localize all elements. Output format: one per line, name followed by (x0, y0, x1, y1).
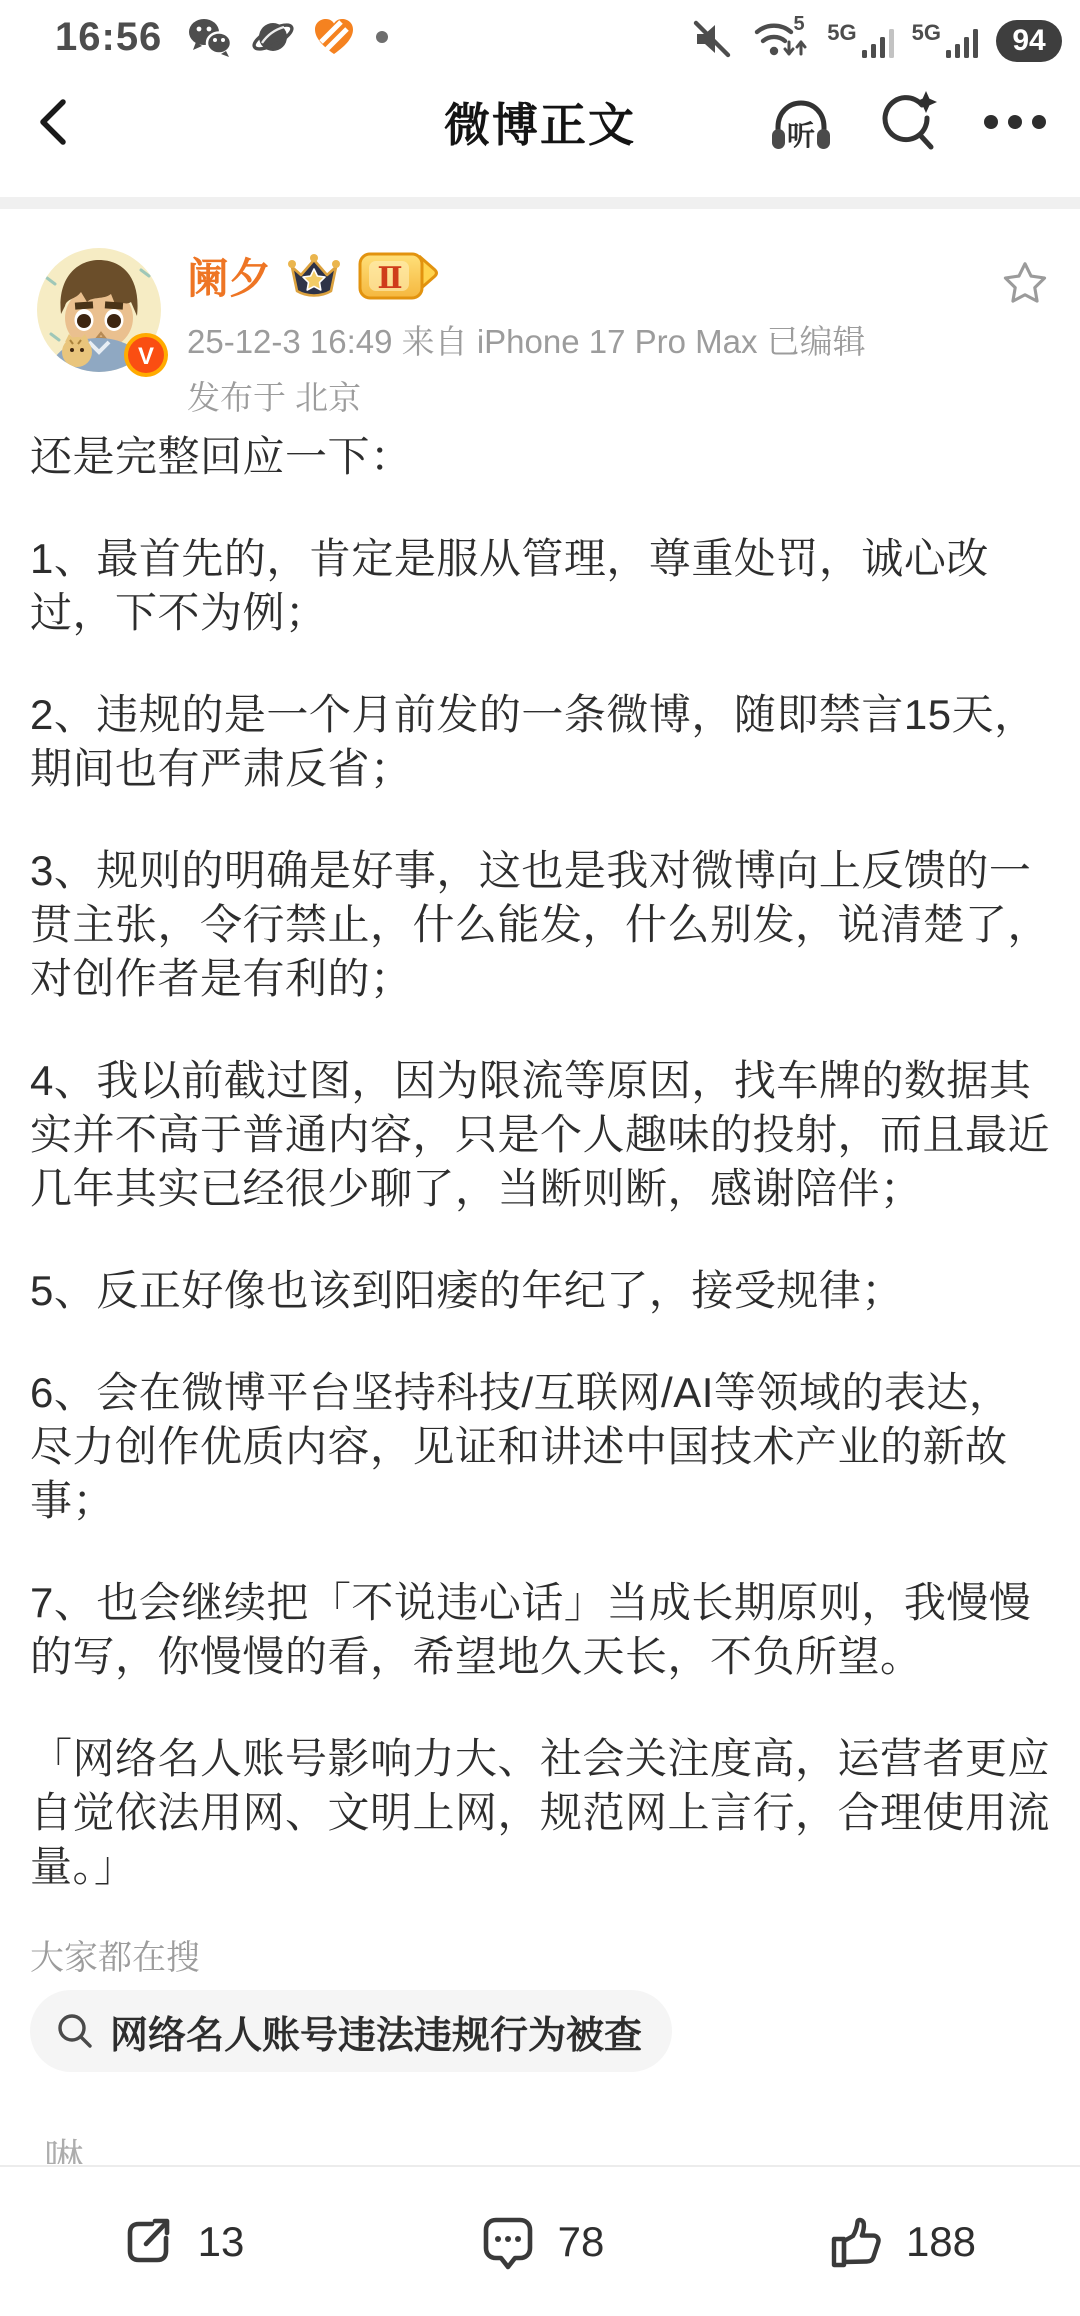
svg-text:5: 5 (794, 13, 805, 35)
status-bar: 16:56 (0, 0, 1080, 64)
trending-search-pill[interactable]: 网络名人账号违法违规行为被查 (30, 1990, 672, 2072)
post-paragraph: 「网络名人账号影响力大、社会关注度高，运营者更应自觉依法用网、文明上网，规范网上… (30, 1732, 1052, 1894)
post-header: V 阑夕 (37, 248, 1050, 419)
clipped-text: 啉 (44, 2136, 84, 2164)
author-name[interactable]: 阑夕 (187, 246, 271, 306)
favorite-star-icon[interactable] (1000, 258, 1050, 308)
svg-text:V: V (138, 343, 154, 370)
signal-5g-icon-2: 5G (912, 18, 982, 62)
comment-button[interactable]: 78 (360, 2167, 720, 2316)
bottom-action-bar: 13 78 188 (0, 2165, 1080, 2316)
share-count: 13 (198, 2218, 245, 2266)
wechat-icon (186, 16, 234, 58)
post-meta-line2: 发布于 北京 (187, 372, 866, 419)
status-right: 5 5G 5G (689, 12, 1062, 62)
post-paragraph: 还是完整回应一下： (30, 430, 1052, 484)
post-paragraph: 5、反正好像也该到阳痿的年纪了，接受规律； (30, 1264, 1052, 1318)
nav-bar: 微博正文 听 (0, 62, 1080, 182)
recording-dot-icon (376, 31, 388, 43)
clock-text: 16:56 (55, 15, 162, 60)
thumbs-up-icon (824, 2210, 888, 2274)
post-meta-line1: 25-12-3 16:49 来自 iPhone 17 Pro Max 已编辑 (187, 316, 866, 363)
post-body: 还是完整回应一下：1、最首先的，肯定是服从管理，尊重处罚，诚心改过，下不为例；2… (30, 430, 1052, 1942)
wifi-icon: 5 (749, 12, 813, 62)
avatar[interactable]: V (37, 248, 161, 372)
weibo-post-screen: 16:56 (0, 0, 1080, 2316)
crown-badge-icon (285, 251, 343, 301)
trending-search-query: 网络名人账号违法违规行为被查 (110, 2004, 642, 2059)
nav-actions: 听 (766, 89, 1050, 155)
battery-indicator: 94 (996, 20, 1062, 62)
comment-icon (476, 2210, 540, 2274)
svg-text:听: 听 (787, 120, 815, 151)
more-icon[interactable] (980, 112, 1050, 132)
mute-icon (689, 16, 735, 62)
comment-count: 78 (558, 2218, 605, 2266)
post-paragraph: 7、也会继续把「不说违心话」当成长期原则，我慢慢的写，你慢慢的看，希望地久天长，… (30, 1576, 1052, 1684)
post-paragraph: 6、会在微博平台坚持科技/互联网/AI等领域的表达，尽力创作优质内容，见证和讲述… (30, 1366, 1052, 1528)
like-button[interactable]: 188 (720, 2167, 1080, 2316)
svg-text:Ⅱ: Ⅱ (377, 262, 402, 295)
back-icon[interactable] (30, 92, 78, 152)
level-badge-icon: Ⅱ (357, 250, 443, 302)
ai-search-icon[interactable] (876, 89, 940, 155)
status-left: 16:56 (55, 15, 388, 60)
listen-icon[interactable]: 听 (766, 89, 836, 155)
planet-icon (250, 15, 296, 59)
post-paragraph: 4、我以前截过图，因为限流等原因，找车牌的数据其实并不高于普通内容，只是个人趣味… (30, 1054, 1052, 1216)
health-icon (312, 17, 356, 57)
post-paragraph: 3、规则的明确是好事，这也是我对微博向上反馈的一贯主张，令行禁止，什么能发，什么… (30, 844, 1052, 1006)
verified-v-icon: V (123, 332, 169, 378)
like-count: 188 (906, 2218, 976, 2266)
share-button[interactable]: 13 (0, 2167, 360, 2316)
trending-search-label: 大家都在搜 (30, 1930, 200, 1979)
post-paragraph: 2、违规的是一个月前发的一条微博，随即禁言15天，期间也有严肃反省； (30, 688, 1052, 796)
share-icon (116, 2210, 180, 2274)
post-paragraph: 1、最首先的，肯定是服从管理，尊重处罚，诚心改过，下不为例； (30, 532, 1052, 640)
page-title: 微博正文 (444, 89, 636, 155)
signal-5g-icon-1: 5G (827, 18, 897, 62)
author-block: 阑夕 (187, 248, 866, 419)
search-icon (54, 2010, 96, 2052)
nav-divider-strip (0, 197, 1080, 209)
